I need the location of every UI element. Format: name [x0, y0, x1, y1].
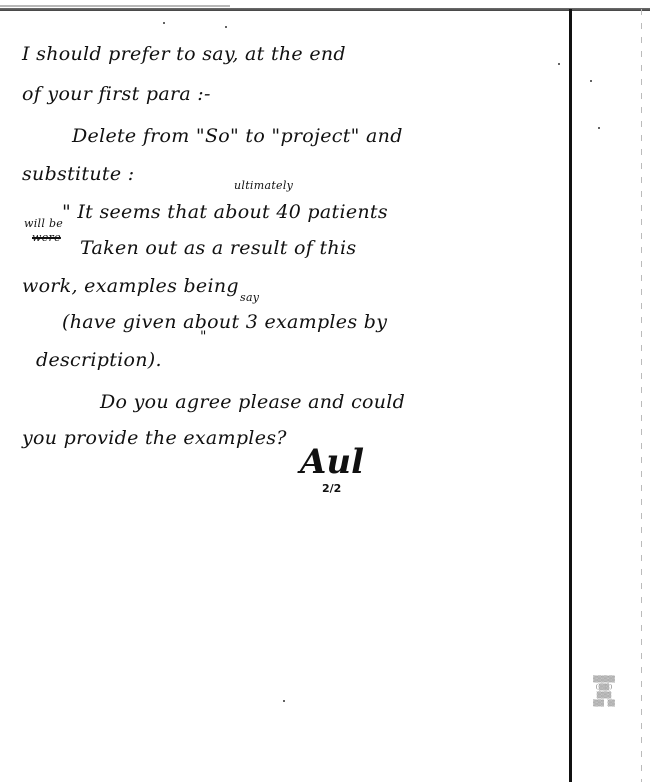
- page-top-rule-faint: [0, 5, 230, 7]
- margin-rule: [569, 9, 572, 782]
- signature: Aul: [300, 442, 364, 482]
- stamp-line-3: ▒▒▒▒: [576, 692, 632, 700]
- scan-speck: [590, 80, 592, 82]
- scan-speck: [283, 700, 285, 702]
- letter-line-9: description).: [36, 342, 162, 379]
- scan-speck: [558, 63, 560, 65]
- scan-speck: [598, 127, 600, 129]
- letter-line-1: I should prefer to say, at the end: [22, 36, 346, 73]
- scan-speck: [225, 26, 227, 28]
- letter-line-8: (have given about 3 examples by: [62, 304, 387, 341]
- letter-line-2: of your first para :-: [22, 76, 211, 113]
- faint-margin-rule: [641, 9, 642, 782]
- insertion-say: say: [240, 292, 259, 303]
- insertion-ultimately: ultimately: [234, 180, 293, 191]
- insertion-will-be: will be: [24, 218, 63, 229]
- struck-were: were: [32, 232, 61, 243]
- letter-line-7: work, examples being: [22, 268, 239, 305]
- letter-line-6: Taken out as a result of this: [80, 230, 356, 267]
- scan-speck: [163, 22, 165, 24]
- page-top-rule: [0, 8, 650, 11]
- letter-line-3: Delete from "So" to "project" and: [72, 118, 403, 155]
- letter-line-5: " It seems that about 40 patients: [62, 194, 388, 231]
- letter-line-11: you provide the examples?: [22, 420, 287, 457]
- stamp-line-4: ▒▒▒ ▒▒: [576, 700, 632, 708]
- stamp-line-1: ▒▒▒▒▒▒: [576, 676, 632, 684]
- letter-line-10: Do you agree please and could: [100, 384, 405, 421]
- signature-date: 2/2: [322, 482, 341, 495]
- letter-line-4: substitute :: [22, 156, 134, 193]
- stamp-line-2: (▒▒▒): [576, 684, 632, 692]
- ditto-mark: ": [200, 332, 207, 343]
- margin-stamp: ▒▒▒▒▒▒ (▒▒▒) ▒▒▒▒ ▒▒▒ ▒▒: [576, 676, 632, 708]
